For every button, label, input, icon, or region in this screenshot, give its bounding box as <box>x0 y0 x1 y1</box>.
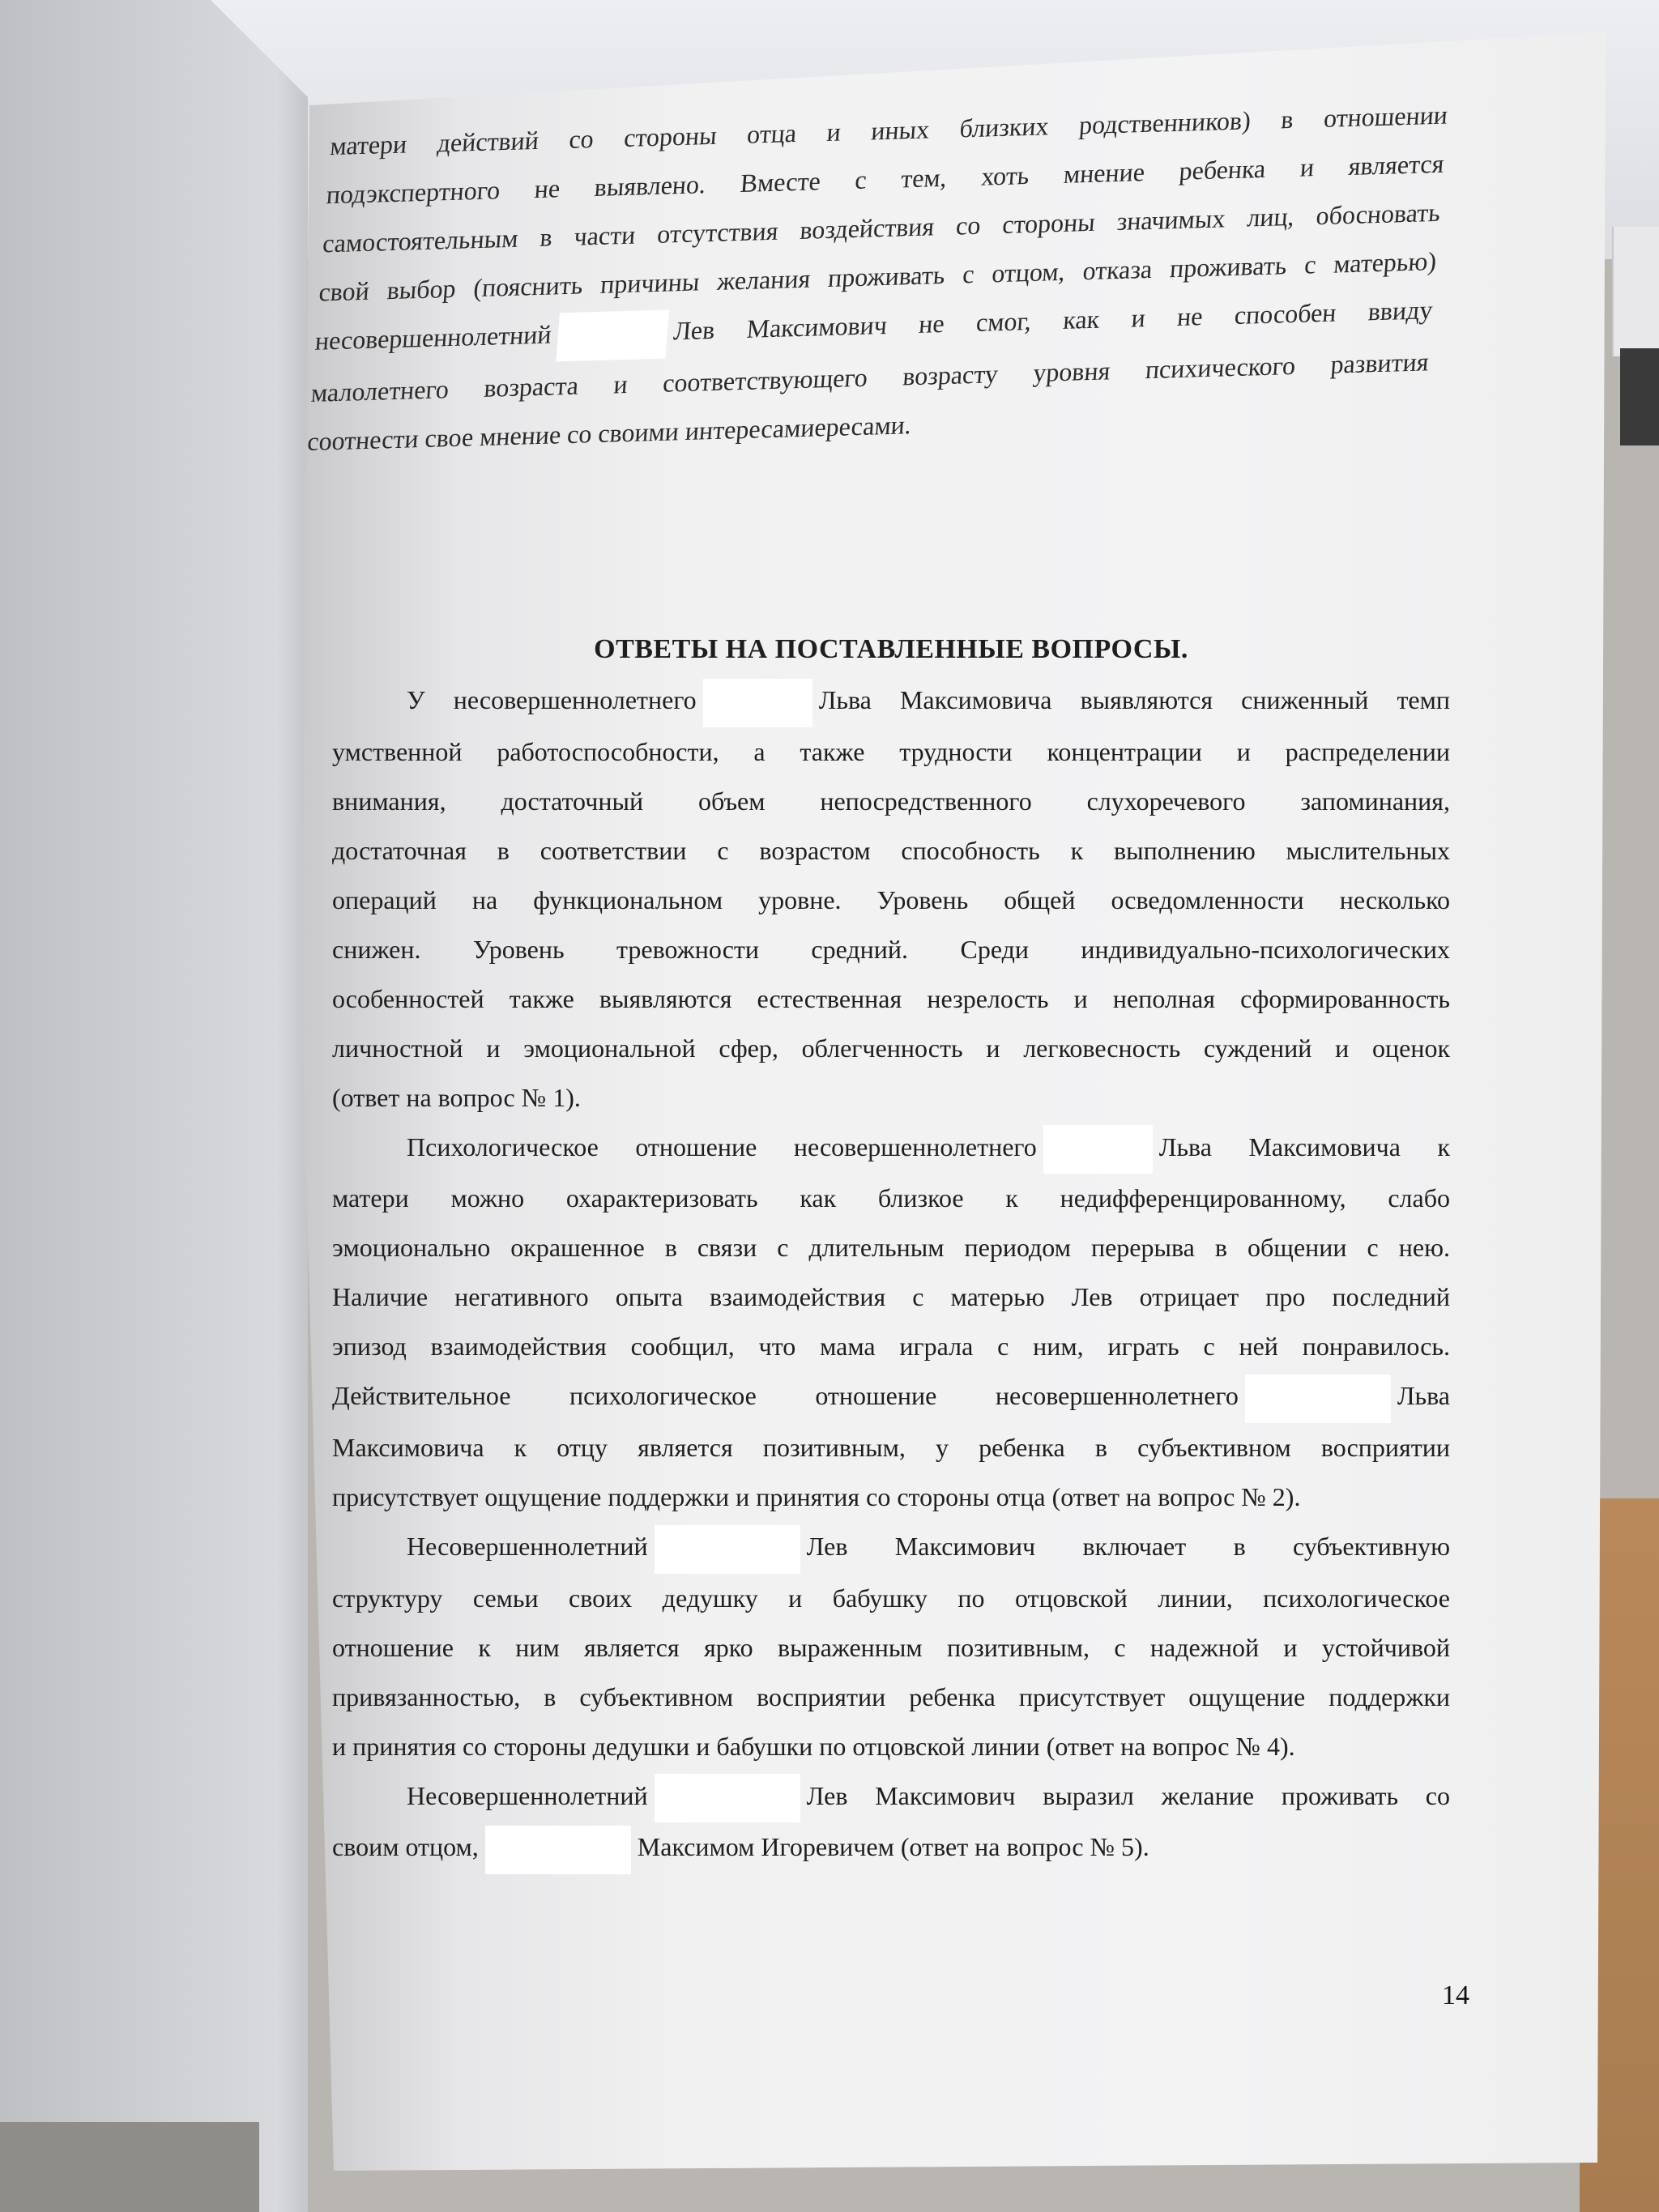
paragraph-answer-4: НесовершеннолетнийЛев Максимович включае… <box>332 1522 1450 1771</box>
text-fragment: Льва <box>1397 1381 1450 1410</box>
text-fragment: Лев Максимович не смог, как и не способе… <box>672 295 1434 345</box>
text-line-redacted: НесовершеннолетнийЛев Максимович выразил… <box>332 1771 1450 1823</box>
text-line-redacted: Психологическое отношение несовершенноле… <box>332 1123 1450 1174</box>
text-fragment: Максимом Игоревичем (ответ на вопрос № 5… <box>638 1832 1149 1861</box>
text-fragment: своим отцом, <box>332 1832 479 1861</box>
text-line: эмоционально окрашенное в связи с длител… <box>332 1223 1450 1272</box>
text-line: отношение к ним является ярко выраженным… <box>332 1623 1450 1673</box>
text-line: привязанностью, в субъективном восприяти… <box>332 1673 1450 1722</box>
text-line: внимания, достаточный объем непосредстве… <box>332 777 1450 826</box>
text-line: личностной и эмоциональной сфер, облегче… <box>332 1024 1450 1073</box>
text-line-redacted: НесовершеннолетнийЛев Максимович включае… <box>332 1522 1450 1574</box>
paragraph-answer-5: НесовершеннолетнийЛев Максимович выразил… <box>332 1771 1450 1874</box>
section-heading: ОТВЕТЫ НА ПОСТАВЛЕННЫЕ ВОПРОСЫ. <box>332 624 1450 676</box>
answers-section: ОТВЕТЫ НА ПОСТАВЛЕННЫЕ ВОПРОСЫ. У несове… <box>332 624 1450 1874</box>
top-paragraph: матери действий со стороны отца и иных б… <box>305 90 1449 465</box>
redaction-box <box>485 1826 631 1874</box>
redaction-box <box>1043 1125 1153 1174</box>
text-fragment: Лев Максимович включает в субъективную <box>807 1532 1450 1561</box>
background-object <box>1620 348 1659 445</box>
left-page-shadow <box>0 2122 259 2212</box>
text-line: умственной работоспособности, а также тр… <box>332 727 1450 777</box>
redaction-box <box>703 679 812 727</box>
text-fragment: Льва Максимовича выявляются сниженный те… <box>819 685 1450 714</box>
text-line: Наличие негативного опыта взаимодействия… <box>332 1272 1450 1322</box>
text-line-redacted: У несовершеннолетнегоЛьва Максимовича вы… <box>332 676 1450 727</box>
text-line: (ответ на вопрос № 1). <box>332 1073 1450 1123</box>
text-line: достаточная в соответствии с возрастом с… <box>332 826 1450 876</box>
left-page-blank <box>0 0 308 2212</box>
text-line-redacted: своим отцом,Максимом Игоревичем (ответ н… <box>332 1822 1450 1874</box>
text-line: операций на функциональном уровне. Урове… <box>332 876 1450 925</box>
paragraph-answer-1: У несовершеннолетнегоЛьва Максимовича вы… <box>332 676 1450 1123</box>
text-fragment: Льва Максимовича к <box>1159 1132 1450 1161</box>
redaction-box <box>556 309 669 361</box>
text-line: присутствует ощущение поддержки и принят… <box>332 1473 1450 1522</box>
text-line: матери можно охарактеризовать как близко… <box>332 1174 1450 1223</box>
text-line: эпизод взаимодействия сообщил, что мама … <box>332 1322 1450 1371</box>
text-line: и принятия со стороны дедушки и бабушки … <box>332 1722 1450 1771</box>
redaction-box <box>655 1774 800 1822</box>
text-fragment: Психологическое отношение несовершенноле… <box>407 1132 1037 1161</box>
text-fragment: Несовершеннолетний <box>407 1781 648 1810</box>
paragraph-answer-2: Психологическое отношение несовершенноле… <box>332 1123 1450 1522</box>
text-fragment: Лев Максимович выразил желание проживать… <box>807 1781 1450 1810</box>
text-fragment: Действительное психологическое отношение… <box>332 1381 1239 1410</box>
text-line: Максимовича к отцу является позитивным, … <box>332 1423 1450 1473</box>
page-number: 14 <box>1442 1980 1469 2011</box>
text-line-redacted: Действительное психологическое отношение… <box>332 1371 1450 1423</box>
redaction-box <box>655 1525 800 1574</box>
text-line: снижен. Уровень тревожности средний. Сре… <box>332 925 1450 974</box>
text-line: структуру семьи своих дедушку и бабушку … <box>332 1574 1450 1623</box>
text-fragment: Несовершеннолетний <box>407 1532 648 1561</box>
text-line: особенностей также выявляются естественн… <box>332 974 1450 1024</box>
text-fragment: несовершеннолетний <box>314 319 552 355</box>
redaction-box <box>1245 1375 1391 1423</box>
text-fragment: У несовершеннолетнего <box>407 685 697 714</box>
background-paper-stack <box>1612 227 1659 356</box>
